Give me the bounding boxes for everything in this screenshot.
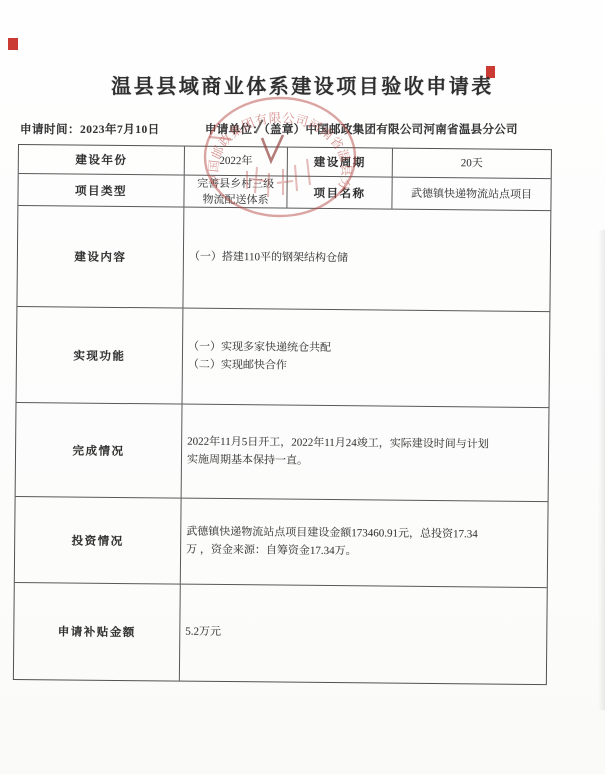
row-label: 建设周期 [288,148,393,177]
table-row: 完成情况 2022年11月5日开工，2022年11月24竣工，实际建设时间与计划… [16,403,549,502]
apply-time-value: 2023年7月10日 [80,124,160,136]
row-label: 申请补贴金额 [14,583,181,681]
table-row: 投资情况 武德镇快递物流站点项目建设金额173460.91元，总投资17.34 … [15,497,548,588]
apply-time-label: 申请时间： [20,124,80,136]
row-value: 20天 [393,149,551,179]
row-label: 投资情况 [15,497,182,584]
red-marker-top-left [8,38,18,50]
row-value: 武德镇快递物流站点项目 [392,178,550,211]
page-title: 温县县域商业体系建设项目验收申请表 [0,70,605,99]
row-label: 建设内容 [17,206,184,308]
row-value: 武德镇快递物流站点项目建设金额173460.91元，总投资17.34 万 ，资金… [181,499,548,588]
apply-unit: 申请单位：（盖章）中国邮政集团有限公司河南省温县分公司 [205,121,518,137]
row-label: 实现功能 [17,307,184,404]
row-label: 完成情况 [16,403,183,498]
row-value: （一）实现多家快递统仓共配 （二）实现邮快合作 [183,309,550,408]
row-label: 建设年份 [19,145,185,175]
table-row: 申请补贴金额 5.2万元 [14,583,547,684]
table-row: 建设内容 （一）搭建110平的钢架结构仓储 [17,206,550,312]
row-label: 项目类型 [18,174,184,207]
scan-edge-shadow [598,230,605,710]
row-value: 完善县乡村三级 物流配送体系 [184,176,287,208]
row-label: 项目名称 [287,177,392,209]
table-row: 项目类型 完善县乡村三级 物流配送体系 项目名称 武德镇快递物流站点项目 [18,174,550,211]
table-row: 实现功能 （一）实现多家快递统仓共配 （二）实现邮快合作 [17,307,550,408]
row-value: （一）搭建110平的钢架结构仓储 [183,208,550,312]
apply-unit-value: （盖章）中国邮政集团有限公司河南省温县分公司 [264,124,518,136]
form-meta-line: 申请时间：2023年7月10日 申请单位：（盖章）中国邮政集团有限公司河南省温县… [0,121,605,139]
apply-time: 申请时间：2023年7月10日 [20,121,160,137]
acceptance-form-table: 建设年份 2022年 建设周期 20天 项目类型 完善县乡村三级 物流配送体系 … [13,144,552,685]
row-value: 2022年 [185,147,288,176]
row-value: 2022年11月5日开工，2022年11月24竣工，实际建设时间与计划 实施周期… [182,405,549,502]
scanned-form-page: 温县县域商业体系建设项目验收申请表 申请时间：2023年7月10日 申请单位：（… [0,0,605,774]
row-value: 5.2万元 [180,585,547,685]
